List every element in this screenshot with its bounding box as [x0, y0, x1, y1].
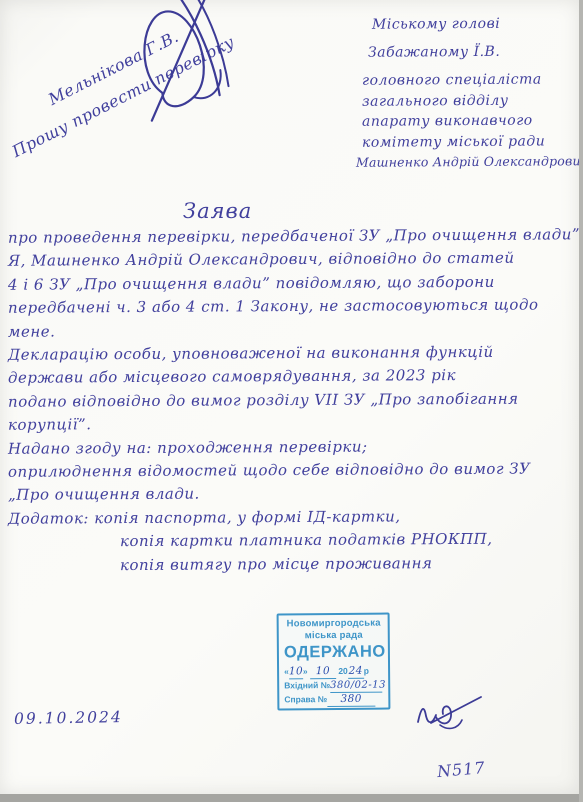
addressee-block: Міському голові Забажаному Ї.В. головног… — [362, 14, 583, 173]
received-stamp: Новомиргородська міська рада ОДЕРЖАНО «1… — [277, 613, 391, 711]
body-line: мене. — [8, 317, 580, 344]
scan-edge — [0, 794, 583, 802]
registration-number: N517 — [436, 758, 486, 781]
addressee-line: Забажаному Ї.В. — [368, 41, 583, 63]
addressee-line: головного спеціаліста — [362, 69, 583, 91]
stamp-date-row: «10» 10 2024р — [284, 665, 384, 680]
stamp-case-number: 380 — [327, 693, 375, 707]
stamp-quote-close: » — [303, 666, 308, 676]
stamp-year-suffix: р — [364, 666, 369, 676]
clerk-signature-icon — [413, 690, 485, 732]
stamp-incoming-row: Вхідний №380/02-13 — [284, 679, 384, 694]
body-line: „Про очищення влади. — [8, 481, 580, 508]
applicant-name: Машненко Андрій Олександрович — [356, 151, 583, 173]
body-line: передбачені ч. 3 або 4 ст. 1 Закону, не … — [8, 293, 580, 320]
stamp-year-value: 24 — [348, 665, 364, 679]
addressee-line: апарату виконавчого — [362, 110, 583, 132]
body-line: держави або місцевого самоврядування, за… — [8, 364, 580, 391]
document-title: Заява — [183, 199, 252, 223]
addressee-line: комітету міської ради — [362, 131, 583, 153]
stamp-org-name-line2: міська рада — [284, 629, 384, 641]
addressee-line: загального відділу — [362, 90, 583, 112]
body-line: Надано згоду на: проходження перевірки; — [8, 434, 580, 461]
attachment-line: копія витягу про місце проживання — [8, 551, 580, 578]
stamp-org-name-line1: Новомиргородська — [284, 618, 384, 630]
stamp-day-value: 10 — [289, 665, 303, 679]
body-line: корупції”. — [8, 411, 580, 438]
scanned-page: Мельнікова Г.В. Прошу провести перевірку… — [0, 0, 579, 794]
stamp-incoming-number: 380/02-13 — [330, 679, 382, 693]
document-date: 09.10.2024 — [14, 708, 123, 728]
stamp-case-row: Справа №380 — [284, 693, 384, 708]
stamp-year-prefix: 20 — [338, 666, 348, 676]
stamp-case-label: Справа № — [284, 694, 327, 704]
document-body: про проведення перевірки, передбаченої З… — [8, 225, 580, 576]
stamp-incoming-label: Вхідний № — [284, 680, 330, 690]
stamp-received-label: ОДЕРЖАНО — [284, 643, 384, 663]
stamp-month-value: 10 — [310, 665, 336, 679]
addressee-line: Міському голові — [372, 13, 583, 35]
attachment-line: копія картки платника податків РНОКПП, — [8, 528, 580, 555]
margin-note: Мельнікова Г.В. Прошу провести перевірку — [0, 0, 311, 216]
body-line: Я, Машненко Андрій Олександрович, відпов… — [8, 247, 580, 274]
scan-edge — [579, 0, 583, 802]
